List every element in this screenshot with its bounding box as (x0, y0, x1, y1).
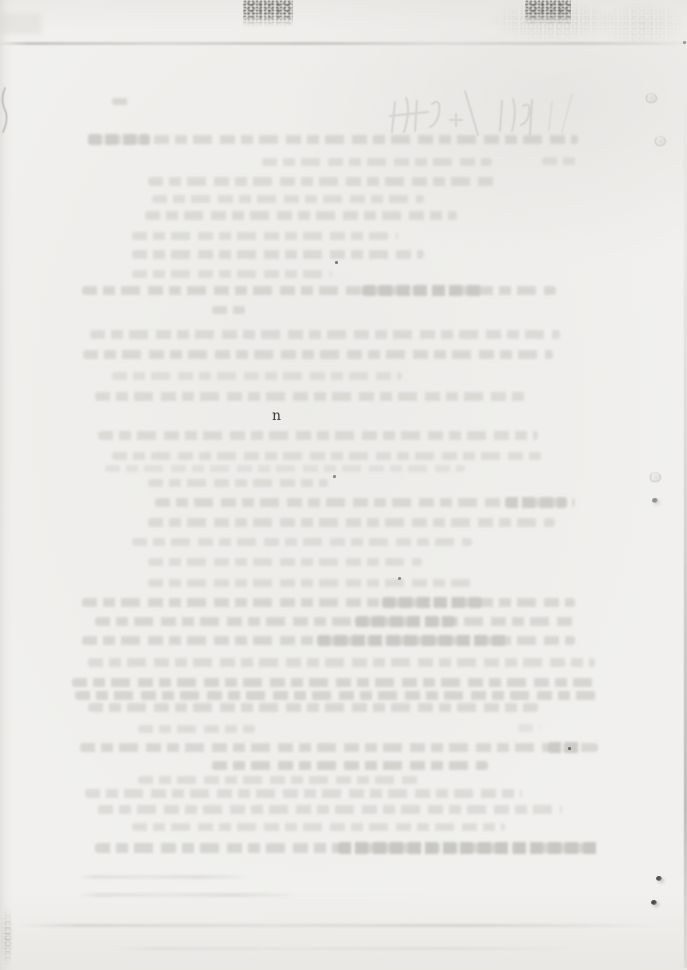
ghost-text-line (212, 761, 488, 770)
ghost-text-line (82, 598, 575, 607)
ghost-text-line (132, 538, 472, 546)
curl-mark (655, 136, 666, 146)
ghost-text-line (88, 658, 595, 667)
ghost-text-line (132, 270, 332, 278)
curl-mark (650, 472, 661, 482)
ghost-text-line (105, 465, 465, 472)
ghost-text-line (148, 177, 498, 186)
ghost-text-line (145, 211, 457, 220)
dot-mark (398, 577, 401, 580)
dot-mark (335, 261, 338, 264)
ghost-text-line (148, 579, 475, 587)
speck-mark (652, 498, 658, 503)
ghost-text-segment (338, 842, 600, 854)
ghost-text-line (112, 98, 132, 105)
curl-mark (646, 93, 657, 103)
faint-streak (78, 875, 248, 879)
ghost-text-line (152, 195, 424, 203)
ghost-text-line (155, 498, 575, 507)
ghost-text-line (148, 518, 555, 527)
ghost-text-segment (548, 742, 580, 753)
ghost-text-line (138, 725, 255, 733)
faint-streak (110, 947, 580, 950)
ghost-text-line (132, 232, 398, 240)
ink-smudge (243, 0, 293, 27)
speckle-field (0, 905, 14, 970)
speck-mark (656, 876, 662, 881)
ghost-text-line (85, 789, 522, 798)
ghost-text-line (90, 330, 560, 339)
ghost-text-line (95, 392, 525, 401)
corner-shadow-patch (0, 14, 42, 34)
ghost-text-line (262, 158, 492, 166)
ghost-text-line (112, 372, 402, 380)
ghost-text-line (138, 776, 422, 784)
dot-mark (333, 475, 336, 478)
ghost-text-line (148, 479, 328, 487)
scan-top-edge-line (0, 42, 687, 45)
ghost-text-segment (88, 134, 150, 145)
dot-mark (568, 747, 571, 750)
ghost-text-line (112, 452, 542, 460)
ghost-text-segment (355, 616, 455, 627)
ghost-text-line (75, 691, 598, 700)
ghost-text-line (95, 617, 575, 626)
ghost-text-line (148, 558, 422, 566)
ghost-text-segment (382, 597, 482, 608)
ghost-text-segment (362, 285, 482, 296)
ghost-text-line (83, 350, 553, 359)
left-edge-wisp (0, 86, 11, 134)
ghost-text-line (542, 157, 576, 165)
ghost-text-line (98, 805, 562, 814)
ghost-text-line (95, 843, 595, 853)
ghost-text-line (212, 306, 246, 314)
ghost-text-line (132, 823, 505, 831)
ghost-text-line (72, 678, 598, 687)
speck-mark (651, 900, 657, 905)
scanned-page: n (0, 0, 687, 970)
ghost-text-segment (317, 635, 507, 646)
ghost-text-line (88, 135, 578, 144)
ghost-text-line (518, 724, 540, 732)
stray-character: n (272, 409, 281, 424)
dot-mark (683, 41, 686, 44)
ghost-text-line (132, 250, 424, 259)
ghost-text-line (98, 431, 538, 440)
ghost-text-line (80, 743, 598, 752)
ghost-text-line (82, 636, 575, 645)
ghost-text-segment (505, 497, 567, 508)
ghost-text-line (82, 286, 556, 295)
ghost-text-line (88, 703, 538, 712)
faint-streak (15, 924, 660, 927)
speckle-field (598, 0, 687, 48)
faint-streak (78, 893, 298, 897)
